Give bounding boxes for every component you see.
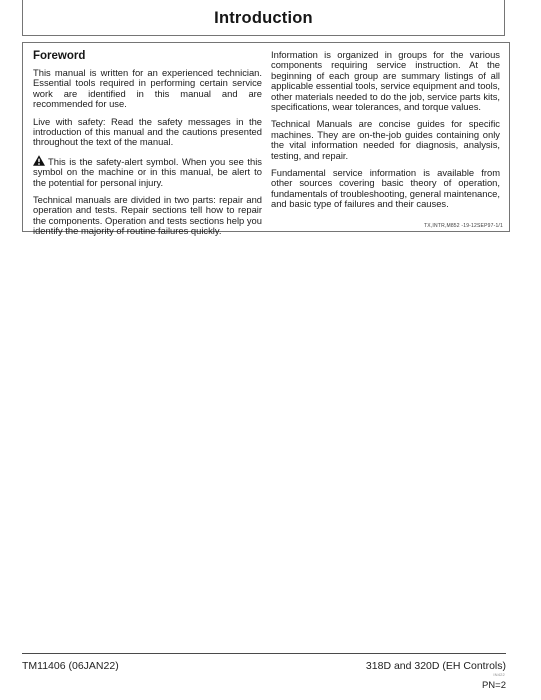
reference-code: TX,INTR,M852 -19-12SEP97-1/1 (424, 223, 503, 229)
section-heading: Foreword (33, 50, 262, 62)
page-title: Introduction (214, 9, 313, 28)
paragraph: Technical manuals are divided in two par… (33, 195, 262, 237)
safety-alert-icon (33, 155, 45, 166)
paragraph: Information is organized in groups for t… (271, 50, 500, 112)
footer-page-number: PN=2 (482, 680, 506, 691)
paragraph: Technical Manuals are concise guides for… (271, 119, 500, 161)
title-box: Introduction (22, 0, 505, 36)
micro-print: IN422 (493, 672, 505, 677)
footer-divider (22, 653, 506, 654)
left-column: Foreword This manual is written for an e… (33, 50, 262, 237)
foreword-section: Foreword This manual is written for an e… (22, 42, 510, 232)
footer-manual-number: TM11406 (06JAN22) (22, 660, 119, 672)
footer-model-name: 318D and 320D (EH Controls) (366, 660, 506, 672)
paragraph: Live with safety: Read the safety messag… (33, 117, 262, 148)
paragraph: Fundamental service information is avail… (271, 168, 500, 210)
alert-paragraph-text: This is the safety-alert symbol. When yo… (33, 156, 262, 188)
two-column-layout: Foreword This manual is written for an e… (33, 50, 500, 237)
paragraph: This manual is written for an experience… (33, 68, 262, 110)
alert-paragraph: This is the safety-alert symbol. When yo… (33, 155, 262, 188)
right-column: Information is organized in groups for t… (271, 50, 500, 237)
manual-page: Introduction Foreword This manual is wri… (0, 0, 541, 700)
